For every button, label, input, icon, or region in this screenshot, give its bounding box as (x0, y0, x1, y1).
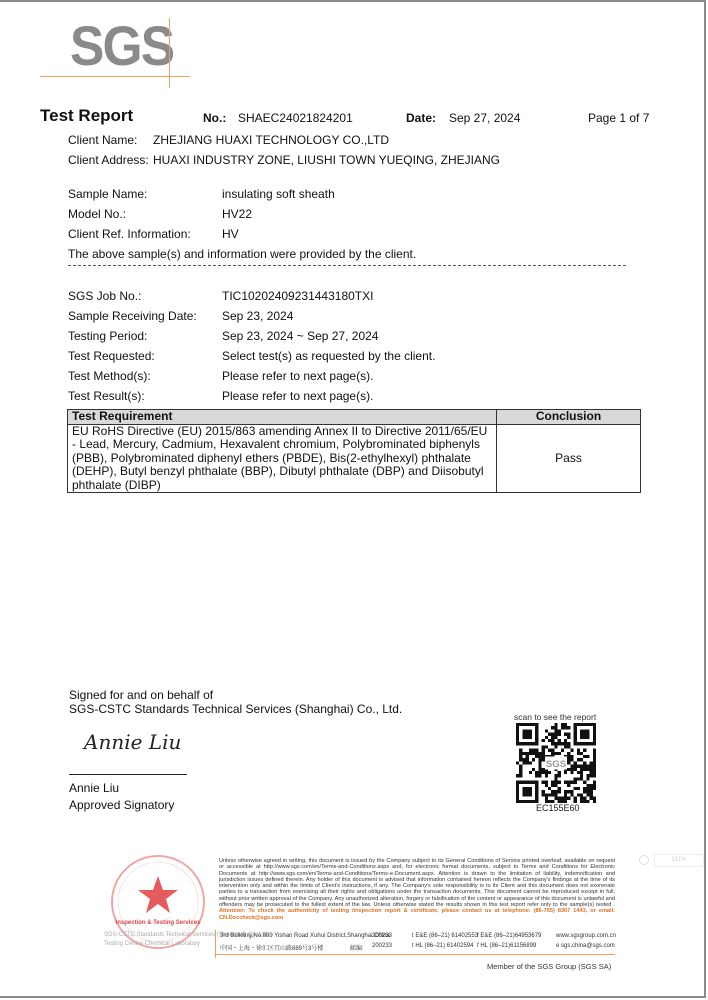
disclaimer-text: Unless otherwise agreed in writing, this… (219, 858, 615, 908)
postcode-en: 200233 (372, 933, 392, 939)
client-address-label: Client Address: (68, 153, 149, 167)
sample-note: The above sample(s) and information were… (68, 247, 416, 261)
conclusion-cell: Pass (497, 424, 641, 493)
report-title: Test Report (40, 106, 133, 126)
tel-hl: t HL (86–21) 61402594 (412, 943, 474, 949)
zoom-level-field[interactable]: 211% (654, 854, 704, 867)
column-header-requirement: Test Requirement (68, 410, 497, 425)
report-no-value: SHAEC24021824201 (238, 111, 353, 125)
client-name-label: Client Name: (68, 133, 137, 147)
test-results-value: Please refer to next page(s). (222, 389, 373, 403)
page-frame (0, 0, 706, 998)
postcode-cn-label: 邮编: (350, 943, 364, 952)
company-name: SGS-CSTC Standards Technical Services (S… (69, 702, 402, 716)
receiving-date-label: Sample Receiving Date: (68, 309, 197, 323)
test-methods-label: Test Method(s): (68, 369, 151, 383)
sample-name-value: insulating soft sheath (222, 187, 335, 201)
postcode-cn: 200233 (372, 943, 392, 949)
qr-center-label: SGS (546, 759, 567, 770)
test-requirement-table: Test Requirement Conclusion EU RoHS Dire… (67, 409, 641, 493)
qr-caption: scan to see the report (514, 712, 596, 722)
sample-name-label: Sample Name: (68, 187, 147, 201)
footer-horizontal-line (215, 954, 615, 955)
signature-line (69, 774, 187, 775)
client-ref-value: HV (222, 227, 239, 241)
model-no-label: Model No.: (68, 207, 126, 221)
address-en: 3rd Building,No.889 Yishan Road Xuhui Di… (220, 933, 390, 939)
testing-period-value: Sep 23, 2024 ~ Sep 27, 2024 (222, 329, 378, 343)
job-no-label: SGS Job No.: (68, 289, 141, 303)
client-address-value: HUAXI INDUSTRY ZONE, LIUSHI TOWN YUEQING… (153, 153, 500, 167)
handwritten-signature: Annie Liu (84, 730, 181, 754)
client-ref-label: Client Ref. Information: (68, 227, 191, 241)
table-row: EU RoHS Directive (EU) 2015/863 amending… (68, 424, 641, 493)
receiving-date-value: Sep 23, 2024 (222, 309, 293, 323)
test-results-label: Test Result(s): (68, 389, 145, 403)
stamp-line-2: Testing Center-Chemical Laboratory (104, 941, 200, 947)
sgs-member-text: Member of the SGS Group (SGS SA) (487, 962, 611, 971)
test-requested-value: Select test(s) as requested by the clien… (222, 349, 435, 363)
column-header-conclusion: Conclusion (497, 410, 641, 425)
model-no-value: HV22 (222, 207, 252, 221)
test-requested-label: Test Requested: (68, 349, 155, 363)
email-link[interactable]: e sgs.china@sgs.com (556, 943, 615, 949)
attention-text: Attention: To check the authenticity of … (219, 908, 615, 920)
dashed-separator (68, 265, 626, 266)
date-value: Sep 27, 2024 (449, 111, 520, 125)
table-header-row: Test Requirement Conclusion (68, 410, 641, 425)
website-link[interactable]: www.sgsgroup.com.cn (556, 933, 616, 939)
report-no-label: No.: (203, 111, 226, 125)
tel-ee: t E&E (86–21) 61402553 (412, 933, 478, 939)
fax-ee: f E&E (86–21)64953679 (477, 933, 541, 939)
testing-period-label: Testing Period: (68, 329, 147, 343)
qr-code-id: EC155E60 (536, 803, 580, 813)
signed-on-behalf: Signed for and on behalf of (69, 688, 213, 702)
page-number: Page 1 of 7 (588, 111, 649, 125)
signatory-name: Annie Liu (69, 781, 119, 795)
address-cn: 中国・上海・徐汇区宜山路889号3号楼 (220, 943, 323, 952)
logo-vertical-line (169, 18, 170, 88)
signatory-role: Approved Signatory (69, 798, 174, 812)
job-no-value: TIC10202409231443180TXI (222, 289, 373, 303)
date-label: Date: (406, 111, 436, 125)
logo-text: SGS (70, 18, 173, 74)
logo-horizontal-line (40, 76, 190, 77)
zoom-reset-icon[interactable] (639, 855, 649, 865)
requirement-cell: EU RoHS Directive (EU) 2015/863 amending… (68, 424, 497, 493)
qr-code-icon[interactable]: SGS (516, 723, 596, 803)
stamp-inner-text: Inspection & Testing Services (116, 920, 202, 926)
fax-hl: f HL (86–21)61156899 (477, 943, 536, 949)
client-name-value: ZHEJIANG HUAXI TECHNOLOGY CO.,LTD (153, 133, 389, 147)
footer-disclaimer: Unless otherwise agreed in writing, this… (219, 858, 615, 921)
test-methods-value: Please refer to next page(s). (222, 369, 373, 383)
